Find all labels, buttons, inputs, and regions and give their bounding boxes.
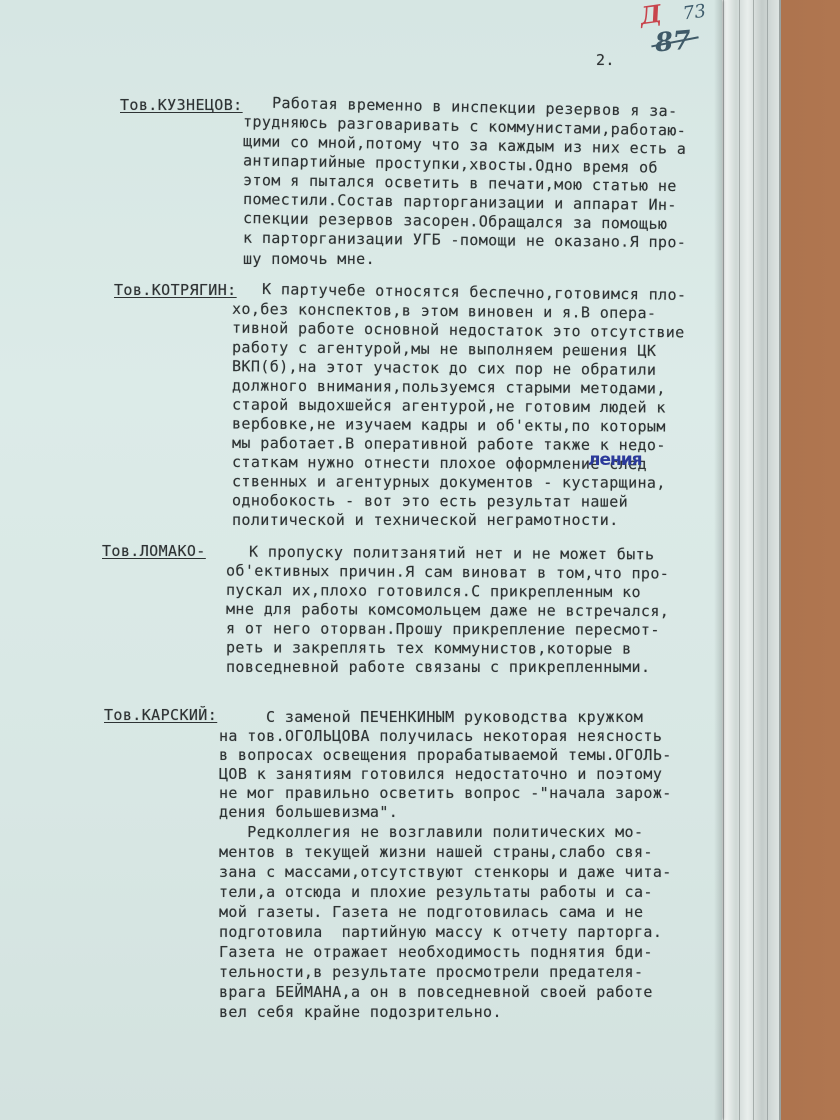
speaker-karsky: Тов.КАРСКИЙ:: [104, 706, 217, 725]
text-line: об'ективных причин.Я сам виноват в том,ч…: [226, 561, 669, 583]
text-line: шу помочь мне.: [243, 250, 375, 269]
text-line: дения большевизма".: [219, 803, 398, 822]
text-line: статкам нужно отнести плохое оформление …: [232, 453, 647, 474]
speaker-kuznetsov: Тов.КУЗНЕЦОВ:: [120, 96, 243, 115]
text-line: Газета не отражает необходимость подняти…: [219, 943, 653, 962]
text-line: пускал их,плохо готовился.С прикрепленны…: [226, 581, 641, 602]
handwritten-folio-number: 87: [654, 25, 693, 58]
text-line: ЦОВ к занятиям готовился недостаточно и …: [219, 765, 662, 784]
text-line: не мог правильно осветить вопрос -"начал…: [219, 784, 672, 803]
speaker-lomako: Тов.ЛОМАКО-: [102, 542, 206, 561]
text-line: мне для работы комсомольцем даже не встр…: [226, 600, 669, 621]
handwritten-correction: ления: [588, 450, 642, 470]
text-line: реть и закреплять тех коммунистов,которы…: [226, 638, 632, 658]
text-line: С заменой ПЕЧЕНКИНЫМ руководства кружком: [266, 708, 643, 727]
text-line: мой газеты. Газета не подготовилась сама…: [219, 903, 643, 922]
text-line: тельности,в результате просмотрели преда…: [219, 963, 643, 982]
text-line: ственных и агентурных документов - куста…: [232, 472, 666, 493]
text-line: вел себя крайне подозрительно.: [219, 1003, 502, 1022]
text-line: политической и технической неграмотности…: [232, 511, 619, 530]
text-line: на тов.ОГОЛЬЦОВА получилась некоторая не…: [219, 727, 662, 746]
text-line: зана с массами,отсутствуют стенкоры и да…: [219, 863, 672, 882]
handwritten-mark-suffix: 73: [682, 1, 708, 25]
handwritten-red-mark: Д: [638, 0, 663, 30]
text-line: в вопросах освещения прорабатываемой тем…: [219, 746, 672, 765]
text-line: к парторганизации УГБ -помощи не оказано…: [243, 229, 686, 253]
document-page: Д 73 87 2. Тов.КУЗНЕЦОВ: Работая временн…: [0, 0, 722, 1120]
speaker-kotryagin: Тов.КОТРЯГИН:: [114, 281, 237, 300]
text-line: повседневной работе связаны с прикреплен…: [226, 658, 650, 677]
text-line: Редколлегия не возглавили политических м…: [219, 823, 643, 842]
page-number: 2.: [596, 51, 615, 70]
text-line: ментов в текущей жизни нашей страны,слаб…: [219, 843, 653, 862]
text-line: тели,а отсюда и плохие результаты работы…: [219, 883, 653, 902]
text-line: я от него оторван.Прошу прикрепление пер…: [226, 619, 660, 640]
text-line: подготовила партийную массу к отчету пар…: [219, 923, 662, 942]
text-line: однобокость - вот это есть результат наш…: [232, 491, 628, 511]
text-line: вербовке,не изучаем кадры и об'екты,по к…: [232, 414, 666, 436]
text-line: врага БЕЙМАНА,а он в повседневной своей …: [219, 983, 653, 1002]
